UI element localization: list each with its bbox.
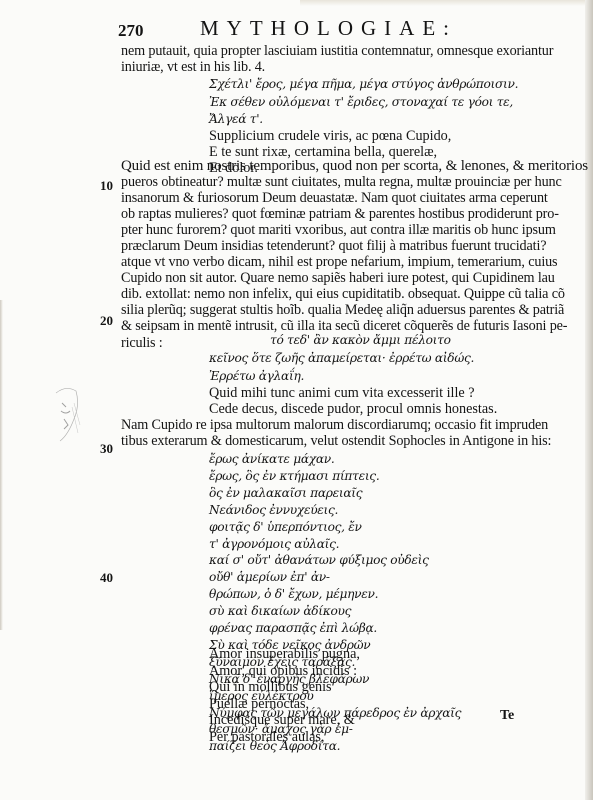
greek-verse-line: Ἄλγεά τ'. — [209, 113, 263, 125]
latin-verse-line: Per pastorales aulas, — [209, 730, 324, 744]
latin-verse-line: Incedisque super mare, & — [209, 713, 355, 727]
greek-verse-line: κεῖνος ὅτε ζωῆς ἀπαμείρεται· ἐρρέτω αἰδώ… — [209, 352, 474, 364]
text-line: iniuriæ, vt est in his lib. 4. — [121, 60, 265, 74]
text-line: atque vt vno verbo dicam, nihil est prop… — [121, 255, 557, 269]
margin-line-number-40: 40 — [100, 570, 113, 586]
greek-verse-line: ὃς ἐν μαλακαῖσι παρειαῖς — [209, 487, 362, 499]
text-line: nem putauit, quia propter lasciuiam iust… — [121, 44, 553, 58]
text-line: silia plerũq; suggerat stultis hoĩb. qua… — [121, 303, 564, 317]
greek-verse-line: φοιτᾷς δ' ὑπερπόντιος, ἔν — [209, 521, 362, 533]
text-line: Quid est enim nostris temporibus, quod n… — [121, 159, 588, 174]
greek-verse-line: ἔρως, ὃς ἐν κτήμασι πίπτεις. — [209, 470, 379, 482]
greek-verse-line: θρώπων, ὁ δ' ἔχων, μέμηνεν. — [209, 588, 378, 600]
latin-verse-line: Qui in mollibus genis — [209, 680, 332, 694]
margin-line-number-20: 20 — [100, 313, 113, 329]
greek-verse-line: ἔρως ἀνίκατε μάχαν. — [209, 453, 335, 465]
margin-line-number-30: 30 — [100, 441, 113, 457]
text-line: insanorum & furiosorum Deum deuastatæ. N… — [121, 191, 548, 205]
latin-verse-line: Amor insuperabilis pugna, — [209, 647, 360, 661]
greek-verse-line: τ' ἀγρονόμοις αὐλαῖς. — [209, 538, 339, 550]
latin-verse-line: Puellæ pernoctas, — [209, 697, 309, 711]
page-number: 270 — [118, 22, 144, 39]
text-line: Nam Cupido re ipsa multorum malorum disc… — [121, 418, 548, 432]
page-edge-top — [300, 0, 593, 6]
greek-verse-line: Ἐκ σέθεν οὐλόμεναι τ' ἔριδες, στοναχαί τ… — [209, 96, 513, 108]
greek-verse-line: Ἐρρέτω ἀγλαΐη. — [209, 370, 304, 382]
latin-verse-line: Cede decus, discede pudor, procul omnis … — [209, 402, 497, 416]
text-line: præclarum Deum insidias tetenderunt? quo… — [121, 239, 546, 253]
text-line: ob raptas mulieres? quot fœminæ patriam … — [121, 207, 559, 221]
page-edge-left — [0, 300, 3, 630]
greek-verse-line: φρένας παρασπᾷς ἐπὶ λώβᾳ. — [209, 622, 377, 634]
margin-line-number-10: 10 — [100, 178, 113, 194]
running-title: MYTHOLOGIAE: — [200, 18, 457, 39]
text-line: & seipsam in mentẽ intrusit, cũ illa ita… — [121, 319, 567, 333]
text-line: pueros obtineatur? multæ sunt ciuitates,… — [121, 175, 562, 189]
greek-verse-line: σὺ καὶ δικαίων ἀδίκους — [209, 605, 351, 617]
greek-verse-line: καί σ' οὔτ' ἀθανάτων φύξιμος οὐδεὶς — [209, 554, 429, 566]
text-line: dib. extollat: nemo non infelix, qui eiu… — [121, 287, 565, 301]
greek-verse-line: Σχέτλι' ἔρος, μέγα πῆμα, μέγα στύγος ἀνθ… — [209, 78, 518, 90]
greek-verse-line: τό τεδ' ἂν κακὸν ἄμμι πέλοιτο — [270, 334, 451, 346]
greek-verse-line: οὔθ' ἁμερίων ἐπ' ἀν- — [209, 571, 330, 583]
latin-verse-line: Quid mihi tunc animi cum vita excesserit… — [209, 386, 475, 400]
text-line: Cupido non sit autor. Quare nemo sapiẽs … — [121, 271, 555, 285]
text-line: riculis : — [121, 336, 163, 350]
page-edge-right — [585, 0, 593, 800]
latin-verse-line: Amor, qui opibus incidis : — [209, 664, 357, 678]
text-line: tibus exterarum & domesticarum, velut os… — [121, 434, 551, 448]
catchword: Te — [500, 708, 514, 724]
text-line: pter hunc furorem? quot mariti vxoribus,… — [121, 223, 556, 237]
marginal-sketch-icon — [52, 385, 82, 443]
greek-verse-line: Νεάνιδος ἐννυχεύεις. — [209, 504, 338, 516]
latin-verse-line: Supplicium crudele viris, ac pœna Cupido… — [209, 129, 451, 143]
